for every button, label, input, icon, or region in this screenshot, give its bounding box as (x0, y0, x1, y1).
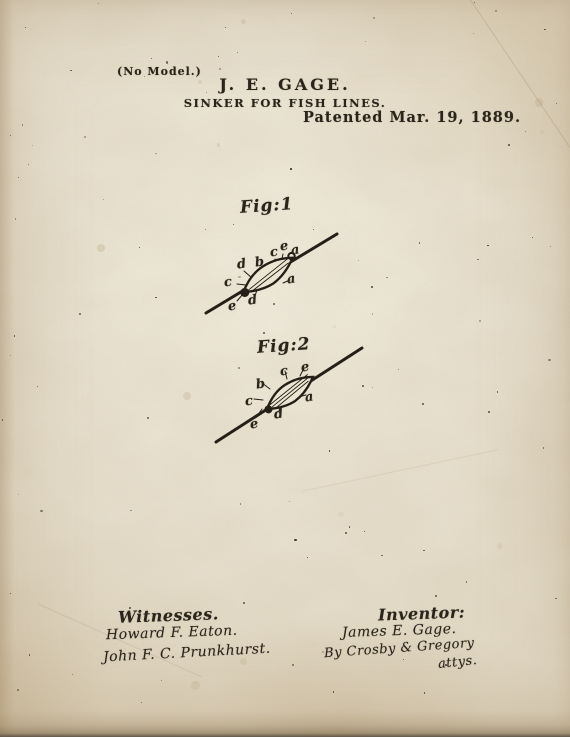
figure-2: b c e c a d e (210, 345, 370, 450)
fig1-callout: a (286, 272, 296, 286)
witness-signature-2: John F. C. Prunkhurst. (103, 641, 271, 666)
fig1-callout: e (227, 299, 237, 313)
fig2-callout: b (255, 377, 266, 391)
fig1-drawing (197, 228, 347, 323)
fig1-callout: c (269, 246, 279, 260)
fig1-callout: a (290, 243, 300, 257)
fig2-callout: d (273, 407, 284, 421)
left-edge-shading (0, 0, 14, 737)
fig1-callout: d (247, 293, 258, 307)
fig1-label: Fig:1 (239, 194, 294, 218)
fig2-drawing (210, 345, 370, 450)
figure-1: d b c e a c a d e (197, 228, 347, 323)
paper-crease (302, 449, 498, 492)
fig1-callout: b (254, 255, 265, 269)
fig2-callout: c (279, 365, 289, 379)
patent-page: (No Model.) J. E. GAGE. SINKER FOR FISH … (0, 0, 570, 737)
patent-date: Patented Mar. 19, 1889. (303, 109, 521, 126)
patent-title: SINKER FOR FISH LINES. (0, 96, 570, 110)
fig1-callout: e (279, 239, 289, 253)
fig2-callout: e (249, 417, 259, 431)
fig1-callout: d (236, 257, 247, 271)
witness-signature-1: Howard F. Eaton. (106, 623, 238, 644)
fig2-callout: c (244, 395, 254, 409)
fig2-callout: e (300, 360, 310, 374)
fig2-callout: a (304, 390, 314, 404)
attorney-suffix: attys. (437, 653, 478, 672)
fig1-callout: c (223, 276, 233, 290)
bottom-edge-shading (0, 711, 570, 737)
inventor-header-name: J. E. GAGE. (0, 75, 570, 94)
